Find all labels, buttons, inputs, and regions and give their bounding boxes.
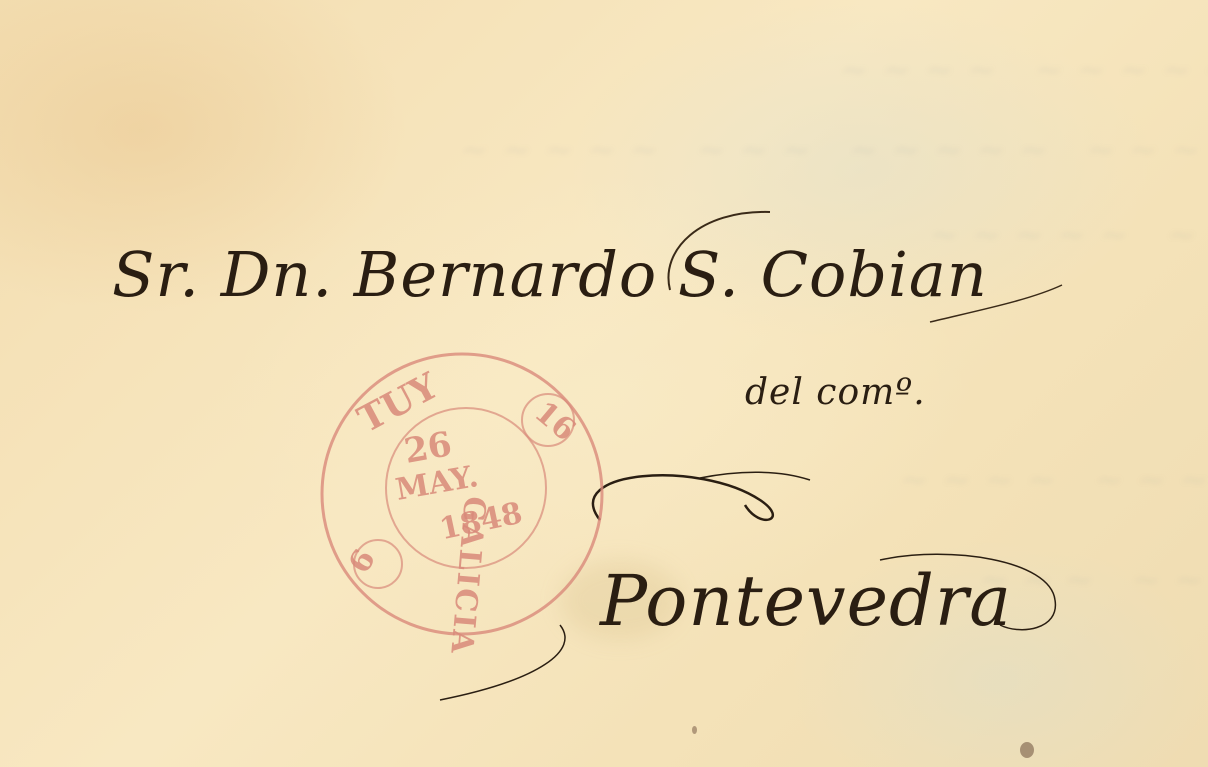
ink-spot <box>692 726 697 734</box>
address-line-commerce: del comº. <box>745 372 926 413</box>
address-line-name: Sr. Dn. Bernardo S. Cobian <box>112 238 988 311</box>
ink-spot <box>1020 742 1034 758</box>
bleed-through-text: ~~~~ ~~~~~ <box>840 50 1208 90</box>
bleed-through-text: ~~~~ ~~~~ ~~ <box>900 460 1208 500</box>
address-line-city: Pontevedra <box>600 560 1012 642</box>
bleed-through-text: ~~~~~ ~~~ ~~~~~ ~~~~ <box>460 130 1208 170</box>
bleed-through-text: ~~~ ~~~~~ <box>980 560 1208 600</box>
postmark: TUY GALICIA 6 16 26 MAY. 1848 <box>316 348 608 640</box>
